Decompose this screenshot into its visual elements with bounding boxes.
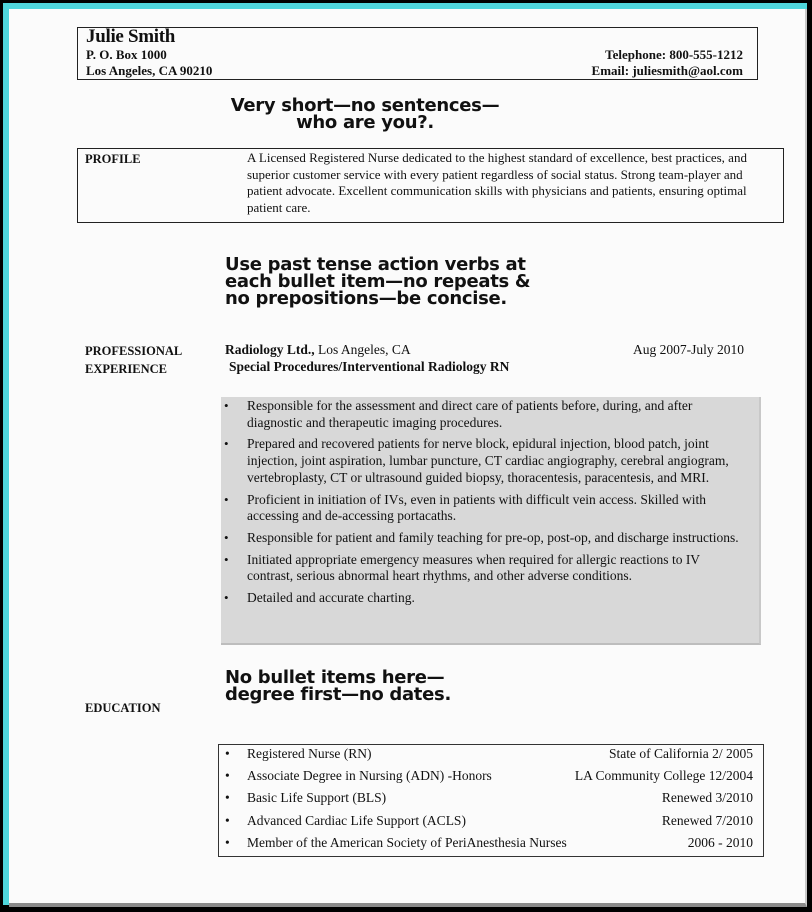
bullet-text: Responsible for the assessment and direc… [247,398,692,430]
education-item: •Registered Nurse (RN)State of Californi… [219,746,763,768]
degree: Advanced Cardiac Life Support (ACLS) [247,813,466,829]
institution: State of California 2/ 2005 [609,746,753,762]
experience-label: PROFESSIONAL EXPERIENCE [85,342,182,378]
bullet-item: •Proficient in initiation of IVs, even i… [221,492,741,525]
education-item: •Associate Degree in Nursing (ADN) -Hono… [219,768,763,790]
bullet-item: •Initiated appropriate emergency measure… [221,552,741,585]
resume-page: Julie Smith P. O. Box 1000 Los Angeles, … [9,9,807,907]
bullet-icon: • [224,552,229,569]
bullet-icon: • [224,590,229,607]
label-line: PROFESSIONAL [85,342,182,360]
bullet-icon: • [224,530,229,547]
candidate-name: Julie Smith [86,26,175,48]
employer-name: Radiology Ltd., [225,342,315,357]
annotation-line: degree first—no dates. [225,686,451,703]
employment-dates: Aug 2007-July 2010 [633,342,744,358]
bullet-text: Prepared and recovered patients for nerv… [247,436,729,484]
bullet-icon: • [224,398,229,415]
bullet-icon: • [224,492,229,509]
bullet-text: Responsible for patient and family teach… [247,530,739,545]
degree: Member of the American Society of PeriAn… [247,835,567,851]
bullet-text: Detailed and accurate charting. [247,590,415,605]
bullet-icon: • [225,768,230,784]
employer-location: Los Angeles, CA [315,342,411,357]
education-annotation: No bullet items here— degree first—no da… [225,669,451,703]
profile-label: PROFILE [85,152,141,167]
institution: 2006 - 2010 [688,835,753,851]
experience-annotation: Use past tense action verbs at each bull… [225,256,530,307]
profile-text: A Licensed Registered Nurse dedicated to… [247,150,767,216]
bullet-text: Initiated appropriate emergency measures… [247,552,700,584]
degree: Basic Life Support (BLS) [247,790,386,806]
telephone: Telephone: 800-555-1212 [605,47,743,63]
screen-frame: Julie Smith P. O. Box 1000 Los Angeles, … [3,3,807,905]
bullet-icon: • [225,835,230,851]
bullet-icon: • [225,813,230,829]
education-item: •Member of the American Society of PeriA… [219,835,763,857]
education-label: EDUCATION [85,699,160,717]
bullet-item: •Detailed and accurate charting. [221,590,741,607]
bullet-icon: • [224,436,229,453]
address-line-2: Los Angeles, CA 90210 [86,63,212,79]
institution: LA Community College 12/2004 [575,768,753,784]
education-list: •Registered Nurse (RN)State of Californi… [218,744,764,857]
institution: Renewed 7/2010 [662,813,753,829]
profile-section: PROFILE A Licensed Registered Nurse dedi… [77,148,784,223]
bullet-text: Proficient in initiation of IVs, even in… [247,492,706,524]
job-title: Special Procedures/Interventional Radiol… [229,359,509,375]
email: Email: juliesmith@aol.com [592,63,743,79]
bullet-list: •Responsible for the assessment and dire… [221,398,741,612]
label-line: EXPERIENCE [85,360,182,378]
employer: Radiology Ltd., Los Angeles, CA [225,342,411,358]
annotation-line: who are you?. [225,114,505,131]
education-item: •Advanced Cardiac Life Support (ACLS)Ren… [219,813,763,835]
annotation-line: no prepositions—be concise. [225,290,530,307]
address-line-1: P. O. Box 1000 [86,47,167,63]
bullet-icon: • [225,790,230,806]
degree: Registered Nurse (RN) [247,746,371,762]
contact-header: Julie Smith P. O. Box 1000 Los Angeles, … [77,27,758,80]
bullet-item: •Responsible for the assessment and dire… [221,398,741,431]
degree: Associate Degree in Nursing (ADN) -Honor… [247,768,492,784]
bullet-item: •Prepared and recovered patients for ner… [221,436,741,486]
experience-bullets: •Responsible for the assessment and dire… [221,397,761,645]
bullet-item: •Responsible for patient and family teac… [221,530,741,547]
profile-annotation: Very short—no sentences— who are you?. [225,97,505,131]
institution: Renewed 3/2010 [662,790,753,806]
bullet-icon: • [225,746,230,762]
education-item: •Basic Life Support (BLS)Renewed 3/2010 [219,790,763,812]
